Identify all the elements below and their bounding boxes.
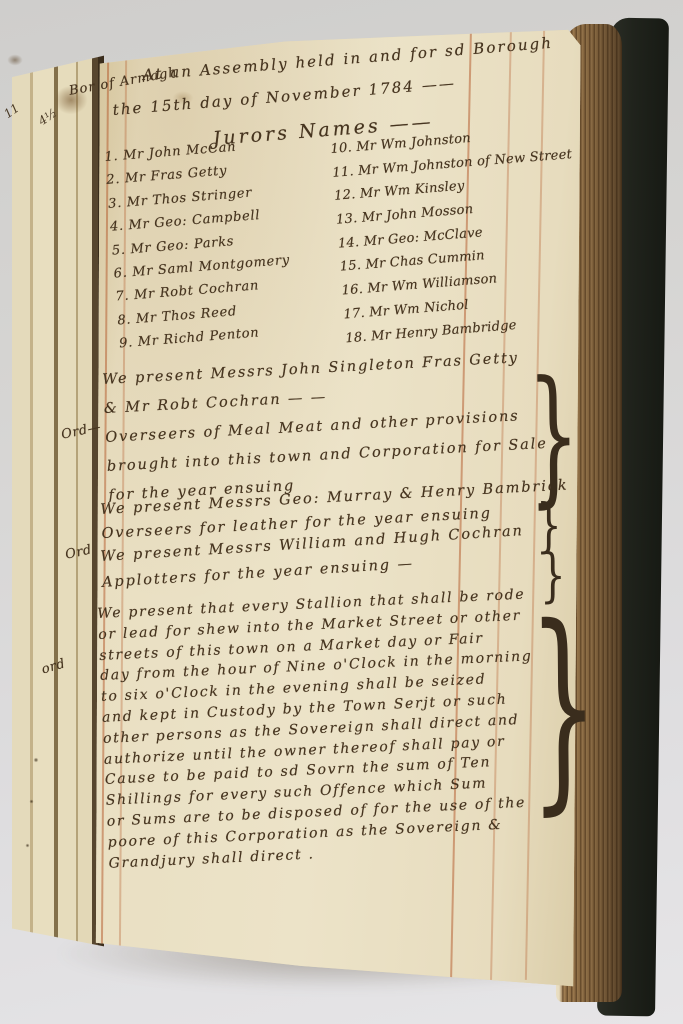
presentment-stallion-bylaw: We present that every Stallion that shal…: [97, 586, 542, 876]
ink-speck: [25, 843, 30, 848]
ink-speck: [33, 757, 39, 763]
stain-left-edge: [4, 52, 26, 68]
manuscript-photo: 11 4½ Bor of Armagh At an Assembly held …: [0, 0, 683, 1024]
ink-speck: [29, 799, 34, 804]
brace-provisions: }: [527, 360, 580, 510]
jurors-list-left: 1. Mr John McCan2. Mr Fras Getty3. Mr Th…: [104, 136, 297, 360]
jurors-list-right: 10. Mr Wm Johnston11. Mr Wm Johnston of …: [330, 123, 586, 354]
previous-page-edges: [12, 52, 104, 950]
brace-stallion: }: [528, 598, 599, 818]
